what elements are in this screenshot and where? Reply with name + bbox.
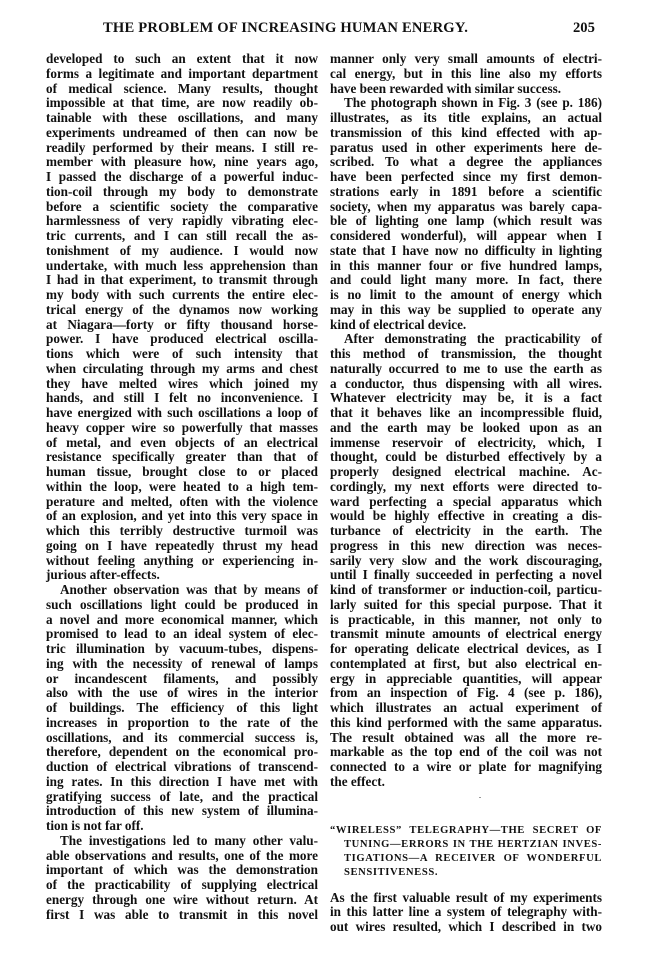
text-line: of an explosion, and yet into this very … xyxy=(46,509,318,524)
text-line: they have melted wires which joined my xyxy=(46,377,318,392)
text-line: important of which was the demonstration xyxy=(46,863,318,878)
text-line: in this latter line a system of telegrap… xyxy=(330,905,602,920)
text-line: have been rewarded with similar success. xyxy=(330,82,602,97)
text-line: thought, could be disturbed effectively … xyxy=(330,450,602,465)
text-line: tric currents, and I can still recall th… xyxy=(46,229,318,244)
text-line: scribed. To what a degree the appliances xyxy=(330,155,602,170)
text-line: The result obtained was all the more re- xyxy=(330,731,602,746)
heading-line: TIGATIONS—A RECEIVER OF WONDERFUL xyxy=(330,852,602,866)
text-line: undertake, with much less apprehension t… xyxy=(46,259,318,274)
text-line: tric illumination by vacuum-tubes, dispe… xyxy=(46,642,318,657)
page-number: 205 xyxy=(573,20,595,37)
running-title: THE PROBLEM OF INCREASING HUMAN ENERGY. xyxy=(103,20,468,37)
text-line: a conductor, thus dispensing with all wi… xyxy=(330,377,602,392)
running-header: THE PROBLEM OF INCREASING HUMAN ENERGY. … xyxy=(0,20,645,42)
text-line: heavy copper wire so powerfully that mas… xyxy=(46,421,318,436)
text-line: perature and melted, often with the viol… xyxy=(46,495,318,510)
text-line: jurious after-effects. xyxy=(46,568,318,583)
text-line: society, when my apparatus was barely ca… xyxy=(330,200,602,215)
text-line: tion is not far off. xyxy=(46,819,318,834)
text-line: paratus used in other experiments here d… xyxy=(330,141,602,156)
text-line: ergy in appreciable quantities, will app… xyxy=(330,672,602,687)
text-line: connected to a wire or plate for magnify… xyxy=(330,760,602,775)
text-line: may in this way be supplied to operate a… xyxy=(330,303,602,318)
text-line: for operating delicate electrical device… xyxy=(330,642,602,657)
text-line: ing with the necessity of renewal of lam… xyxy=(46,657,318,672)
text-line: hands, and still I felt no inconvenience… xyxy=(46,391,318,406)
text-line: of medical science. Many results, though… xyxy=(46,82,318,97)
text-line: tions which were of such intensity that xyxy=(46,347,318,362)
text-line: readily performed by their means. I stil… xyxy=(46,141,318,156)
text-line: ing rates. In this direction I have met … xyxy=(46,775,318,790)
text-line: kind of electrical device. xyxy=(330,318,602,333)
heading-line: “WIRELESS” TELEGRAPHY—THE SECRET OF xyxy=(330,824,602,838)
text-line: power. I have produced electrical oscill… xyxy=(46,332,318,347)
text-line: is no limit to the amount of energy whic… xyxy=(330,288,602,303)
text-line: resistance specifically greater than tha… xyxy=(46,450,318,465)
text-line: cordingly, my next efforts were directed… xyxy=(330,480,602,495)
paragraph-start-line: Another observation was that by means of xyxy=(46,583,318,598)
text-line: tainable with these oscillations, and ma… xyxy=(46,111,318,126)
text-line: in this manner four or five hundred lamp… xyxy=(330,259,602,274)
text-line: tonishment of my audience. I would now xyxy=(46,244,318,259)
text-line: without feeling anything or experiencing… xyxy=(46,554,318,569)
text-line: which illustrates an actual experiment o… xyxy=(330,701,602,716)
text-line: would be highly effective in creating a … xyxy=(330,509,602,524)
text-line: that it behaves like an incompressible f… xyxy=(330,406,602,421)
text-line: when circulating through my arms and che… xyxy=(46,362,318,377)
text-line: able observations and results, one of th… xyxy=(46,849,318,864)
text-line: of metal, and even objects of an electri… xyxy=(46,436,318,451)
text-line: my body with such currents the entire el… xyxy=(46,288,318,303)
text-line: or incandescent filaments, and possibly xyxy=(46,672,318,687)
text-line: have been perfected since my first demon… xyxy=(330,170,602,185)
text-line: gratifying success of late, and the prac… xyxy=(46,790,318,805)
text-line: As the first valuable result of my exper… xyxy=(330,891,602,906)
text-line: a novel and more economical manner, whic… xyxy=(46,613,318,628)
text-line: forms a legitimate and important departm… xyxy=(46,67,318,82)
text-line: human tissue, brought close to or placed xyxy=(46,465,318,480)
text-line: contemplated at first, but also electric… xyxy=(330,657,602,672)
text-line: sarily very slow and the work discouragi… xyxy=(330,554,602,569)
text-line: such oscillations light could be produce… xyxy=(46,598,318,613)
text-line: this kind performed with the same appara… xyxy=(330,716,602,731)
text-line: immense reservoir of electricity, which,… xyxy=(330,436,602,451)
text-line: properly designed electrical machine. Ac… xyxy=(330,465,602,480)
text-line: kind of transformer or induction-coil, p… xyxy=(330,583,602,598)
text-line: before a scientific society the comparat… xyxy=(46,200,318,215)
text-line: going on I have repeatedly thrust my hea… xyxy=(46,539,318,554)
text-line: until I finally succeeded in perfecting … xyxy=(330,568,602,583)
text-line: strations early in 1891 before a scienti… xyxy=(330,185,602,200)
text-line: progress in this new direction was neces… xyxy=(330,539,602,554)
text-line: of buildings. The efficiency of this lig… xyxy=(46,701,318,716)
text-line: considered wonderful), will appear when … xyxy=(330,229,602,244)
text-line: transmission of this kind effected with … xyxy=(330,126,602,141)
heading-line: SENSITIVENESS. xyxy=(330,866,602,880)
text-line: naturally occurred to me to use the eart… xyxy=(330,362,602,377)
paragraph-start-line: The investigations led to many other val… xyxy=(46,834,318,849)
text-line: duction of electrical vibrations of tran… xyxy=(46,760,318,775)
text-line: markable as the top end of the coil was … xyxy=(330,745,602,760)
scan-speck xyxy=(479,797,481,798)
text-line: trical energy of the dynamos now working xyxy=(46,303,318,318)
text-line: of the practicability of supplying elect… xyxy=(46,878,318,893)
text-line: I passed the discharge of a powerful ind… xyxy=(46,170,318,185)
text-line: and the earth may be looked upon as an xyxy=(330,421,602,436)
text-line: from an inspection of Fig. 4 (see p. 186… xyxy=(330,686,602,701)
text-line: manner only very small amounts of electr… xyxy=(330,52,602,67)
text-line: the effect. xyxy=(330,775,602,790)
text-line: member with pleasure how, nine years ago… xyxy=(46,155,318,170)
text-line: energy through one wire without return. … xyxy=(46,893,318,908)
text-line: at Niagara—forty or fifty thousand horse… xyxy=(46,318,318,333)
text-line: introduction of this new system of illum… xyxy=(46,804,318,819)
text-line: state that I have now no difficulty in l… xyxy=(330,244,602,259)
text-line: increases in proportion to the rate of t… xyxy=(46,716,318,731)
text-line: promised to lead to an ideal system of e… xyxy=(46,627,318,642)
text-line: larly suited for this special purpose. T… xyxy=(330,598,602,613)
text-line: transmit minute amounts of electrical en… xyxy=(330,627,602,642)
text-line: turbance of electricity in the earth. Th… xyxy=(330,524,602,539)
text-line: and could light many more. In fact, ther… xyxy=(330,273,602,288)
text-line: ward perfecting a special apparatus whic… xyxy=(330,495,602,510)
text-line: ble of lighting one lamp (which result w… xyxy=(330,214,602,229)
text-line: oscillations, and its commercial success… xyxy=(46,731,318,746)
text-line: out wires resulted, which I described in… xyxy=(330,920,602,935)
text-line: within the loop, were heated to a high t… xyxy=(46,480,318,495)
paragraph-after-heading: As the first valuable result of my exper… xyxy=(330,891,602,935)
text-line: impossible at that time, are now readily… xyxy=(46,96,318,111)
paragraph-start-line: The photograph shown in Fig. 3 (see p. 1… xyxy=(330,96,602,111)
text-line: developed to such an extent that it now xyxy=(46,52,318,67)
text-line: which this terribly destructive turmoil … xyxy=(46,524,318,539)
text-line: have energized with such oscillations a … xyxy=(46,406,318,421)
text-line: is practicable, in this manner, not only… xyxy=(330,613,602,628)
text-line: tion-coil through my body to demonstrate xyxy=(46,185,318,200)
left-column: developed to such an extent that it now … xyxy=(46,52,318,922)
text-line: first I was able to transmit in this nov… xyxy=(46,908,318,923)
text-line: this method of transmission, the thought xyxy=(330,347,602,362)
heading-line: TUNING—ERRORS IN THE HERTZIAN INVES- xyxy=(330,838,602,852)
text-line: experiments undreamed of then can now be xyxy=(46,126,318,141)
text-line: Whatever electricity may be, it is a fac… xyxy=(330,391,602,406)
text-line: harmlessness of very rapidly vibrating e… xyxy=(46,214,318,229)
paragraph-start-line: After demonstrating the practicability o… xyxy=(330,332,602,347)
text-line: cal energy, but in this line also my eff… xyxy=(330,67,602,82)
text-line: illustrates, as its title explains, an a… xyxy=(330,111,602,126)
text-line: also with the use of wires in the interi… xyxy=(46,686,318,701)
right-column: manner only very small amounts of electr… xyxy=(330,52,602,935)
text-line: therefore, dependent on the economical p… xyxy=(46,745,318,760)
text-line: I had in that experiment, to transmit th… xyxy=(46,273,318,288)
section-heading: “WIRELESS” TELEGRAPHY—THE SECRET OF TUNI… xyxy=(330,824,602,881)
